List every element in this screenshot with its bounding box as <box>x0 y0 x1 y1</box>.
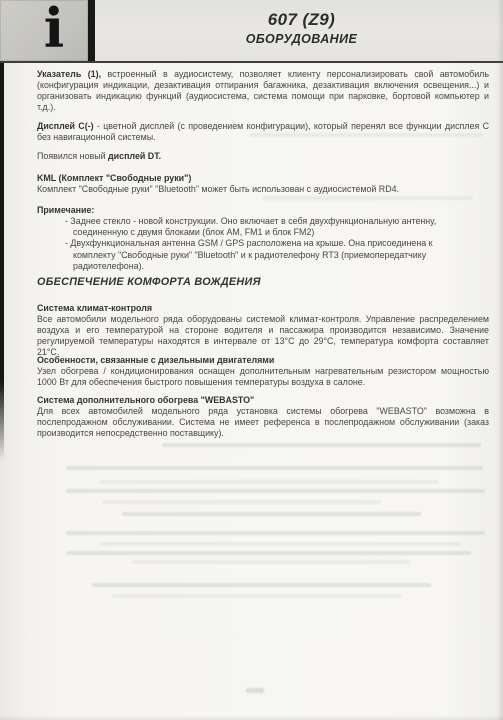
kml-text: Комплект "Свободные руки" "Bluetooth" мо… <box>37 184 399 194</box>
bleed-through-text <box>162 443 481 447</box>
bleed-through-text <box>100 480 439 484</box>
bleed-through-text <box>132 560 411 564</box>
doc-title: 607 (Z9) <box>100 10 503 30</box>
section-climate-text: Все автомобили модельного ряда оборудова… <box>37 314 489 357</box>
paragraph-display-dt: Появился новый дисплей DT. <box>37 151 489 162</box>
bleed-through-text <box>100 542 461 546</box>
paragraph-display-dt-prefix: Появился новый <box>37 151 108 161</box>
section-heading: ОБЕСПЕЧЕНИЕ КОМФОРТА ВОЖДЕНИЯ <box>37 276 489 288</box>
note-item: - Заднее стекло - новой конструкции. Оно… <box>65 216 477 238</box>
note-title: Примечание: <box>37 205 489 216</box>
section-diesel: Особенности, связанные с дизельными двиг… <box>37 355 489 388</box>
paragraph-display-c-text: - цветной дисплей (с проведением конфигу… <box>37 121 489 142</box>
page-bottom-shadow <box>0 715 503 720</box>
section-climate: Система климат-контроля Все автомобили м… <box>37 303 489 358</box>
scan-edge-strip <box>0 63 4 461</box>
section-webasto-title: Система дополнительного обогрева "WEBAST… <box>37 395 489 406</box>
section-webasto-text: Для всех автомобилей модельного ряда уст… <box>37 406 489 438</box>
bleed-through-text <box>66 531 485 535</box>
bleed-through-text <box>112 594 401 598</box>
note-block: Примечание: - Заднее стекло - новой конс… <box>37 205 489 272</box>
page-number-faint <box>246 688 264 693</box>
note-items: - Заднее стекло - новой конструкции. Оно… <box>65 216 477 272</box>
paragraph-display-c: Дисплей C(-) - цветной дисплей (с провед… <box>37 121 489 143</box>
paragraph-kml: KML (Комплект "Свободные руки") Комплект… <box>37 173 489 195</box>
paragraph-pointer-lead: Указатель (1), <box>37 69 101 79</box>
section-diesel-text: Узел обогрева / кондиционирования оснаще… <box>37 366 489 387</box>
section-webasto: Система дополнительного обогрева "WEBAST… <box>37 395 489 439</box>
bleed-through-text <box>250 133 483 137</box>
bleed-through-text <box>66 489 485 493</box>
bleed-through-text <box>66 551 471 555</box>
page-header: i 607 (Z9) ОБОРУДОВАНИЕ <box>0 0 503 63</box>
kml-title: KML (Комплект "Свободные руки") <box>37 173 489 184</box>
bleed-through-text <box>66 466 483 470</box>
header-titles: 607 (Z9) ОБОРУДОВАНИЕ <box>100 10 503 46</box>
bleed-through-text <box>122 512 421 516</box>
paragraph-pointer-text: встроенный в аудиосистему, позволяет кли… <box>37 69 489 112</box>
section-diesel-title: Особенности, связанные с дизельными двиг… <box>37 355 489 366</box>
note-item: - Двухфункциональная антенна GSM / GPS р… <box>65 238 477 272</box>
paragraph-display-c-lead: Дисплей C(-) <box>37 121 94 131</box>
info-i-glyph: i <box>44 4 65 53</box>
paragraph-display-dt-bold: дисплей DT. <box>108 151 161 161</box>
paragraph-pointer: Указатель (1), встроенный в аудиосистему… <box>37 69 489 113</box>
bleed-through-text <box>262 196 473 200</box>
info-icon: i <box>0 0 95 61</box>
doc-subtitle: ОБОРУДОВАНИЕ <box>100 32 503 46</box>
section-climate-title: Система климат-контроля <box>37 303 489 314</box>
bleed-through-text <box>92 583 431 587</box>
bleed-through-text <box>102 500 381 504</box>
scanned-document-page: i 607 (Z9) ОБОРУДОВАНИЕ Указатель (1), в… <box>0 0 503 720</box>
page-right-shadow <box>497 0 503 720</box>
